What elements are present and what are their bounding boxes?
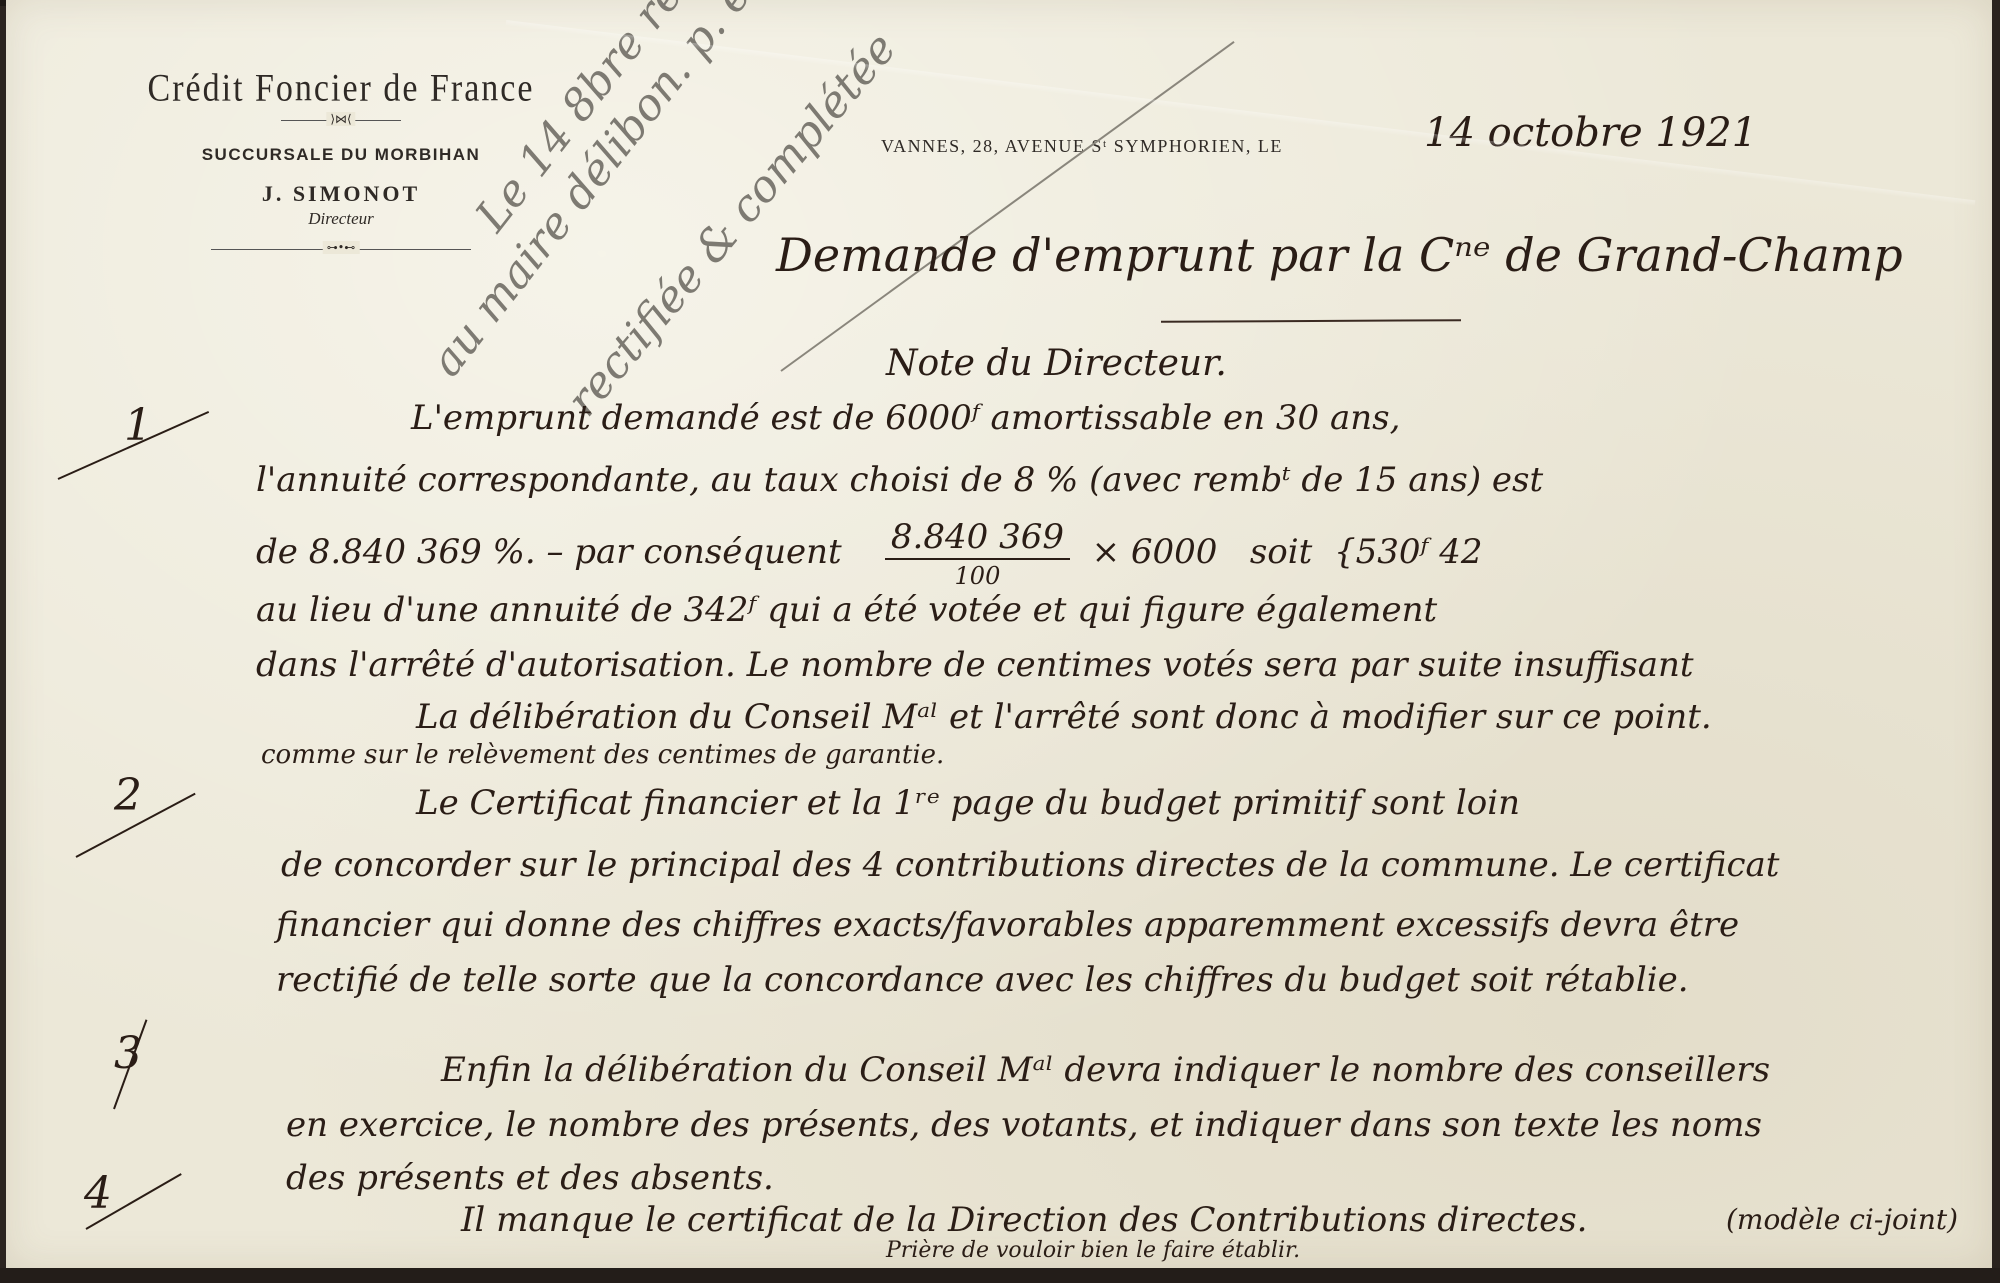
ornament-rule: ⊶•⊷	[211, 249, 471, 258]
body-line: La délibération du Conseil Mᵃˡ et l'arrê…	[416, 697, 1712, 737]
body-line-inserted: Prière de vouloir bien le faire établir.	[886, 1238, 1300, 1263]
letter-subject: Demande d'emprunt par la Cⁿᵉ de Grand-Ch…	[776, 228, 1903, 282]
result-label: soit	[1250, 532, 1312, 572]
body-line: de concorder sur le principal des 4 cont…	[281, 845, 1779, 885]
body-line: L'emprunt demandé est de 6000ᶠ amortissa…	[411, 398, 1400, 438]
body-line: au lieu d'une annuité de 342ᶠ qui a été …	[256, 590, 1437, 630]
body-line: Le Certificat financier et la 1ʳᵉ page d…	[416, 783, 1520, 823]
letter-date: 14 octobre 1921	[1424, 110, 1757, 156]
ornament-icon: ⟩⋈⟨	[326, 112, 355, 126]
printed-address: VANNES, 28, AVENUE Sᵗ SYMPHORIEN, LE	[881, 136, 1283, 157]
body-text: de 8.840 369 %. – par conséquent	[256, 532, 842, 572]
aside-note: (modèle ci-joint)	[1726, 1203, 1958, 1236]
body-line: Il manque le certificat de la Direction …	[461, 1200, 1587, 1240]
note-title: Note du Directeur.	[886, 343, 1227, 384]
body-line: financier qui donne des chiffres exacts/…	[276, 905, 1739, 945]
body-line: rectifié de telle sorte que la concordan…	[276, 960, 1689, 1000]
ornament-icon: ⊶•⊷	[323, 241, 360, 254]
scan-border-bottom	[0, 1268, 2000, 1283]
body-line: l'annuité correspondante, au taux choisi…	[256, 460, 1543, 500]
body-line: dans l'arrêté d'autorisation. Le nombre …	[256, 645, 1694, 685]
item-marker-4: 4	[84, 1168, 112, 1219]
body-line-inserted: comme sur le relèvement des centimes de …	[261, 740, 944, 770]
body-line: en exercice, le nombre des présents, des…	[286, 1105, 1762, 1145]
body-line: des présents et des absents.	[286, 1158, 774, 1198]
fraction: 8.840 369 100	[885, 520, 1070, 588]
scan-border-right	[1992, 0, 2000, 1283]
branch-name: SUCCURSALE DU MORBIHAN	[116, 145, 566, 165]
body-line: Enfin la délibération du Conseil Mᵃˡ dev…	[441, 1050, 1770, 1090]
item-marker-2: 2	[114, 770, 142, 821]
multiplier: × 6000	[1092, 532, 1218, 572]
body-line: de 8.840 369 %. – par conséquent 8.840 3…	[256, 520, 1482, 588]
fraction-numerator: 8.840 369	[885, 520, 1070, 560]
institution-name: Crédit Foncier de France	[116, 67, 566, 111]
subject-underline	[1161, 319, 1461, 323]
fraction-denominator: 100	[885, 560, 1070, 588]
result-value: {530ᶠ 42	[1334, 532, 1483, 572]
letter-sheet: Crédit Foncier de France ⟩⋈⟨ SUCCURSALE …	[6, 0, 1992, 1268]
ornament-divider: ⟩⋈⟨	[281, 120, 401, 131]
